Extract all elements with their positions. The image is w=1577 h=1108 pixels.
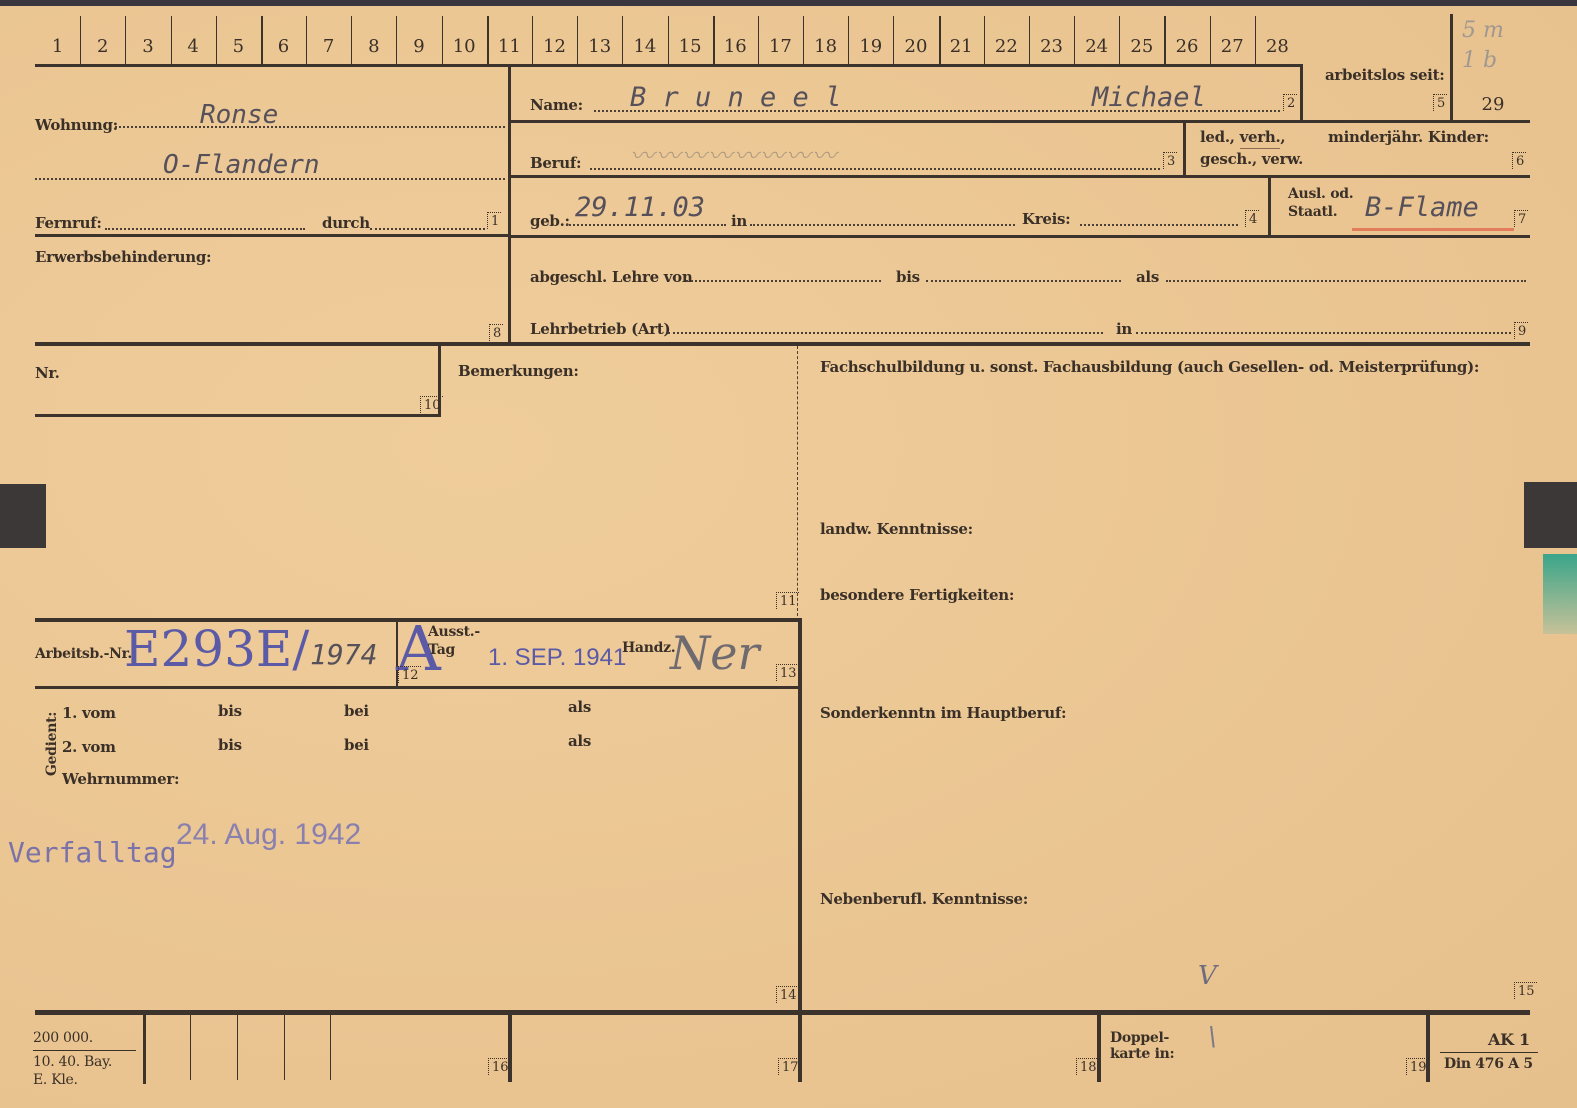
minderjaehrige-kinder-label: minderjähr. Kinder: (1328, 128, 1489, 146)
rule (510, 235, 1530, 238)
field-number-14: 14 (776, 986, 799, 1003)
column-separator (668, 16, 669, 64)
field-number-18: 18 (1076, 1058, 1099, 1075)
column-separator (984, 16, 985, 64)
gedient-label: Gedient: (44, 712, 60, 776)
field-number-19: 19 (1406, 1058, 1429, 1075)
ausstellungstag-stamp: 1. SEP. 1941 (488, 644, 626, 672)
wohnung-value-2: O-Flandern (163, 150, 320, 180)
geburtsort-field[interactable] (750, 224, 1015, 226)
column-number: 8 (359, 36, 389, 57)
column-number: 20 (901, 36, 931, 57)
bottom-rule (35, 1010, 1530, 1015)
column-separator (216, 16, 217, 64)
field-number-11: 11 (776, 592, 799, 609)
section-rule (35, 342, 1530, 346)
column-number: 11 (494, 36, 524, 57)
durch-field[interactable] (370, 228, 485, 230)
pencil-stroke: \ (1208, 1022, 1217, 1052)
column-29-number: 29 (1478, 94, 1508, 115)
column-number: 1 (43, 36, 73, 57)
rule (35, 686, 801, 689)
dotted-divider (797, 346, 798, 616)
column-separator (1255, 16, 1256, 64)
divider (1183, 120, 1186, 176)
staatsangehoerigkeit-value: B-Flame (1365, 192, 1479, 223)
divider (1268, 178, 1271, 238)
abgeschl-lehre-label: abgeschl. Lehre von (530, 268, 692, 286)
rule (35, 234, 510, 237)
erwerbsbehinderung-label: Erwerbsbehinderung: (35, 248, 211, 266)
pencil-check-mark: V (1198, 961, 1217, 991)
column-number: 16 (720, 36, 750, 57)
column-separator (80, 16, 81, 64)
lehre-bis-label: bis (896, 268, 920, 286)
column-number: 10 (449, 36, 479, 57)
column-separator (577, 16, 578, 64)
geb-label: geb.: (530, 212, 570, 230)
field-number-17: 17 (778, 1058, 801, 1075)
field-number-3: 3 (1163, 152, 1177, 169)
column-separator (1029, 16, 1030, 64)
column-number: 13 (585, 36, 615, 57)
column-number: 21 (946, 36, 976, 57)
landw-kenntnisse-label: landw. Kenntnisse: (820, 520, 973, 538)
wohnung-value-1: Ronse (200, 100, 278, 130)
column-number: 12 (540, 36, 570, 57)
durch-label: durch (322, 214, 370, 232)
gedient-1-vom-label: 1. vom (62, 704, 116, 722)
ausst-label: Ausst.- (428, 624, 480, 640)
field-number-9: 9 (1514, 322, 1528, 339)
column-number: 17 (765, 36, 795, 57)
doppelkarte-label-2: karte in: (1110, 1046, 1174, 1062)
column-separator (1164, 16, 1166, 64)
wohnung-line1[interactable] (115, 126, 505, 128)
column-number: 2 (88, 36, 118, 57)
given-name-value: Michael (1092, 82, 1206, 113)
gedient-2-als-label: als (568, 732, 591, 750)
registration-card: 1234567891011121314151617181920212223242… (0, 6, 1577, 1108)
tag-label: Tag (428, 642, 455, 658)
fachschulbildung-label: Fachschulbildung u. sonst. Fachausbildun… (820, 358, 1479, 376)
column-separator (803, 16, 804, 64)
sonderkenntn-label: Sonderkenntn im Hauptberuf: (820, 704, 1066, 722)
column-separator (758, 16, 759, 64)
nebenberufl-kenntnisse-label: Nebenberufl. Kenntnisse: (820, 890, 1028, 908)
column-separator (1210, 16, 1211, 64)
field-number-8: 8 (489, 324, 503, 341)
column-separator (532, 16, 533, 64)
divider (284, 1012, 285, 1080)
field-number-5: 5 (1433, 94, 1447, 111)
arbeitsb-nr-label: Arbeitsb.-Nr. (35, 646, 132, 662)
lehre-bis-field[interactable] (926, 280, 1121, 282)
print-info-divider (33, 1050, 136, 1051)
column-separator (171, 16, 172, 64)
column-number: 28 (1262, 36, 1292, 57)
field-number-12: 12 (398, 666, 421, 683)
lehre-als-label: als (1136, 268, 1159, 286)
familienstand-options-2[interactable]: gesch., verw. (1200, 150, 1303, 168)
nr-label: Nr. (35, 364, 60, 382)
lehrbetrieb-field[interactable] (668, 332, 1103, 334)
header-rule (35, 64, 1300, 67)
divider (798, 618, 802, 1014)
column-separator (848, 16, 849, 64)
gedient-1-als-label: als (568, 698, 591, 716)
column-separator (1119, 16, 1120, 64)
doppelkarte-label-1: Doppel- (1110, 1030, 1169, 1046)
column-separator (713, 16, 715, 64)
verh-underline (1240, 148, 1280, 149)
kreis-field[interactable] (1080, 224, 1238, 226)
fernruf-label: Fernruf: (35, 214, 102, 232)
arbeitsbuch-nr-stamp: E293E/ (124, 620, 309, 678)
field-number-13: 13 (776, 664, 799, 681)
column-number: 3 (133, 36, 163, 57)
rule (510, 120, 1530, 123)
lehre-als-field[interactable] (1166, 280, 1526, 282)
divider (1300, 64, 1303, 122)
green-tab-mark (1543, 554, 1577, 634)
rule (510, 175, 1530, 178)
din-format: Din 476 A 5 (1444, 1056, 1533, 1072)
column-number: 7 (314, 36, 344, 57)
wohnung-label: Wohnung: (35, 116, 118, 134)
gedient-2-bis-label: bis (218, 736, 242, 754)
geb-date-value: 29.11.03 (575, 192, 705, 223)
field-number-2: 2 (1283, 94, 1297, 111)
gedient-2-bei-label: bei (344, 736, 369, 754)
beruf-handwritten-value: 〰〰〰〰〰〰〰〰 (630, 136, 838, 171)
column-number: 4 (178, 36, 208, 57)
column-number: 18 (811, 36, 841, 57)
print-info-2: E. Kle. (33, 1072, 78, 1088)
column-number: 25 (1127, 36, 1157, 57)
field-number-1: 1 (487, 212, 501, 229)
geb-field[interactable] (566, 224, 726, 226)
handz-label: Handz. (622, 640, 675, 656)
geb-in-label: in (731, 212, 747, 230)
lehrbetrieb-label: Lehrbetrieb (Art) (530, 320, 670, 338)
familienstand-options-1[interactable]: led., verh., (1200, 128, 1285, 146)
column-number: 6 (268, 36, 298, 57)
arbeitslos-seit-label: arbeitslos seit: (1325, 66, 1444, 84)
column-separator (893, 16, 894, 64)
column-separator (261, 16, 263, 64)
field-number-15: 15 (1514, 982, 1537, 999)
column-number: 23 (1037, 36, 1067, 57)
verfalltag-date-stamp: 24. Aug. 1942 (176, 818, 361, 852)
column-separator (622, 16, 623, 64)
fernruf-field[interactable] (105, 228, 305, 230)
column-number: 26 (1172, 36, 1202, 57)
surname-value: B r u n e e l (630, 82, 841, 113)
margin-pencil-note: 5 m 1 b (1462, 16, 1504, 76)
punch-marker-right (1524, 482, 1577, 548)
staatl-label: Staatl. (1288, 204, 1337, 220)
column-separator (351, 16, 352, 64)
kreis-label: Kreis: (1022, 210, 1070, 228)
arbeitsbuch-nr-typed: 1974 (310, 638, 377, 671)
rule (35, 414, 441, 417)
lehrbetrieb-in-label: in (1116, 320, 1132, 338)
column-number: 9 (404, 36, 434, 57)
column-separator (396, 16, 397, 64)
divider (190, 1012, 191, 1080)
column-separator (442, 16, 443, 64)
field-number-7: 7 (1514, 210, 1528, 227)
name-label: Name: (530, 96, 583, 114)
form-id: AK 1 (1488, 1030, 1530, 1049)
field-number-4: 4 (1245, 210, 1259, 227)
gedient-1-bei-label: bei (344, 702, 369, 720)
beruf-label: Beruf: (530, 154, 581, 172)
column-number: 27 (1217, 36, 1247, 57)
form-id-divider (1440, 1052, 1538, 1053)
lehrbetrieb-ort-field[interactable] (1136, 332, 1511, 334)
print-info-1: 10. 40. Bay. (33, 1054, 112, 1070)
besondere-fertigkeiten-label: besondere Fertigkeiten: (820, 586, 1014, 604)
column-separator (306, 16, 307, 64)
red-underline (1352, 228, 1514, 231)
lehre-von-field[interactable] (686, 280, 881, 282)
column-number: 22 (991, 36, 1021, 57)
bemerkungen-label: Bemerkungen: (458, 362, 579, 380)
handzeichen-signature: Ner (670, 626, 759, 680)
punch-marker-left (0, 484, 46, 548)
column-number: 19 (856, 36, 886, 57)
column-number: 5 (223, 36, 253, 57)
wehrnummer-label: Wehrnummer: (62, 770, 179, 788)
column-separator (939, 16, 941, 64)
gedient-1-bis-label: bis (218, 702, 242, 720)
column-separator (125, 16, 126, 64)
field-number-16: 16 (488, 1058, 511, 1075)
column-number: 15 (675, 36, 705, 57)
column-number: 14 (630, 36, 660, 57)
divider (143, 1012, 146, 1084)
field-number-10: 10 (420, 396, 443, 413)
print-run: 200 000. (33, 1030, 93, 1046)
divider (330, 1012, 331, 1080)
column-number: 24 (1082, 36, 1112, 57)
column-separator (487, 16, 489, 64)
column-separator (1074, 16, 1075, 64)
divider (237, 1012, 238, 1080)
col29-divider (1450, 14, 1453, 122)
verfalltag-label-stamp: Verfalltag (8, 836, 177, 869)
divider (508, 64, 511, 344)
gedient-2-vom-label: 2. vom (62, 738, 116, 756)
ausl-od-label: Ausl. od. (1288, 186, 1353, 202)
field-number-6: 6 (1512, 152, 1526, 169)
